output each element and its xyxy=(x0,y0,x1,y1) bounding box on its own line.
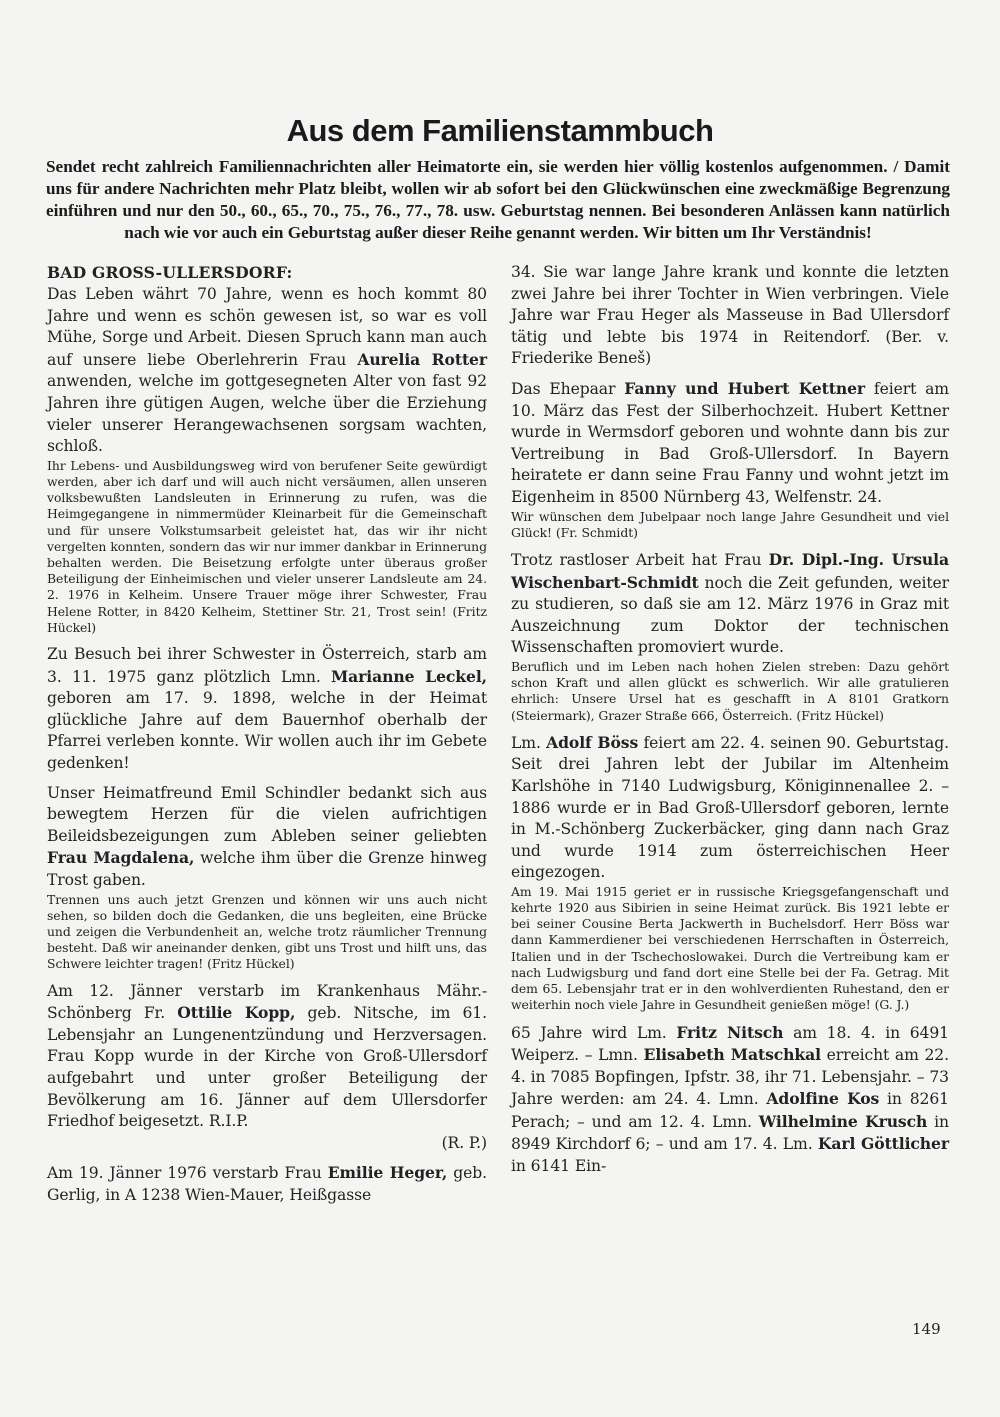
article-body: Zu Besuch bei ihrer Schwester in Österre… xyxy=(47,644,487,775)
article-wischenbart-schmidt: Trotz rastloser Arbeit hat Frau Dr. Dipl… xyxy=(511,549,949,724)
article-note: Wir wünschen dem Jubelpaar noch lange Ja… xyxy=(511,509,949,541)
section-heading: BAD GROSS-ULLERSDORF: xyxy=(47,262,487,284)
article-aurelia-rotter: Das Leben währt 70 Jahre, wenn es hoch k… xyxy=(47,284,487,636)
article-body: Trotz rastloser Arbeit hat Frau Dr. Dipl… xyxy=(511,549,949,659)
article-birthdays: 65 Jahre wird Lm. Fritz Nitsch am 18. 4.… xyxy=(511,1022,949,1178)
person-name: Marianne Leckel, xyxy=(331,667,487,686)
person-name: Adolfine Kos xyxy=(766,1089,879,1108)
person-name: Elisabeth Matschkal xyxy=(644,1045,821,1064)
text: feiert am 22. 4. seinen 90. Geburtstag. … xyxy=(511,734,949,882)
article-signature: (R. P.) xyxy=(47,1133,487,1155)
article-ottilie-kopp: Am 12. Jänner verstarb im Krankenhaus Mä… xyxy=(47,981,487,1155)
article-body: Am 12. Jänner verstarb im Krankenhaus Mä… xyxy=(47,981,487,1133)
person-name: Fritz Nitsch xyxy=(676,1023,783,1042)
text: geb. Nitsche, im 61. Lebensjahr an Lunge… xyxy=(47,1004,487,1130)
page-title: Aus dem Familienstammbuch xyxy=(0,113,1000,149)
article-note: Beruflich und im Leben nach hohen Zielen… xyxy=(511,659,949,724)
article-body: Am 19. Jänner 1976 verstarb Frau Emilie … xyxy=(47,1162,487,1206)
article-body: Unser Heimatfreund Emil Schindler bedank… xyxy=(47,783,487,892)
article-magdalena-schindler: Unser Heimatfreund Emil Schindler bedank… xyxy=(47,783,487,973)
text: Unser Heimatfreund Emil Schindler bedank… xyxy=(47,784,487,845)
article-note: Trennen uns auch jetzt Grenzen und könne… xyxy=(47,892,487,973)
intro-notice: Sendet recht zahlreich Familiennachricht… xyxy=(46,156,950,244)
article-kettner: Das Ehepaar Fanny und Hubert Kettner fei… xyxy=(511,378,949,541)
article-emilie-heger: Am 19. Jänner 1976 verstarb Frau Emilie … xyxy=(47,1162,487,1206)
text: Lm. xyxy=(511,734,546,752)
article-adolf-boess: Lm. Adolf Böss feiert am 22. 4. seinen 9… xyxy=(511,732,949,1014)
article-body: Das Ehepaar Fanny und Hubert Kettner fei… xyxy=(511,378,949,509)
person-name: Karl Göttlicher xyxy=(818,1134,949,1153)
article-note: Am 19. Mai 1915 geriet er in russische K… xyxy=(511,884,949,1014)
right-column: 34. Sie war lange Jahre krank und konnte… xyxy=(511,262,949,1178)
text: Am 19. Jänner 1976 verstarb Frau xyxy=(47,1164,328,1182)
text: in 6141 Ein- xyxy=(511,1157,606,1175)
page-number: 149 xyxy=(912,1320,941,1338)
text: feiert am 10. März das Fest der Silberho… xyxy=(511,380,949,506)
person-name: Wilhelmine Krusch xyxy=(759,1112,927,1131)
left-column: BAD GROSS-ULLERSDORF: Das Leben währt 70… xyxy=(47,262,487,1206)
article-body: Lm. Adolf Böss feiert am 22. 4. seinen 9… xyxy=(511,732,949,884)
article-body: 65 Jahre wird Lm. Fritz Nitsch am 18. 4.… xyxy=(511,1022,949,1178)
text: anwenden, welche im gottgesegneten Alter… xyxy=(47,372,487,455)
person-name: Emilie Heger, xyxy=(328,1163,447,1182)
person-name: Fanny und Hubert Kettner xyxy=(624,379,865,398)
article-emilie-heger-continued: 34. Sie war lange Jahre krank und konnte… xyxy=(511,262,949,370)
text: Trotz rastloser Arbeit hat Frau xyxy=(511,551,769,569)
person-name: Aurelia Rotter xyxy=(357,350,487,369)
text: geboren am 17. 9. 1898, welche in der He… xyxy=(47,689,487,772)
article-marianne-leckel: Zu Besuch bei ihrer Schwester in Österre… xyxy=(47,644,487,775)
article-note: Ihr Lebens- und Ausbildungsweg wird von … xyxy=(47,458,487,636)
text: Das Ehepaar xyxy=(511,380,624,398)
person-name: Adolf Böss xyxy=(546,733,638,752)
person-name: Frau Magdalena, xyxy=(47,848,194,867)
text: 65 Jahre wird Lm. xyxy=(511,1024,676,1042)
person-name: Ottilie Kopp, xyxy=(177,1003,295,1022)
article-body: Das Leben währt 70 Jahre, wenn es hoch k… xyxy=(47,284,487,458)
